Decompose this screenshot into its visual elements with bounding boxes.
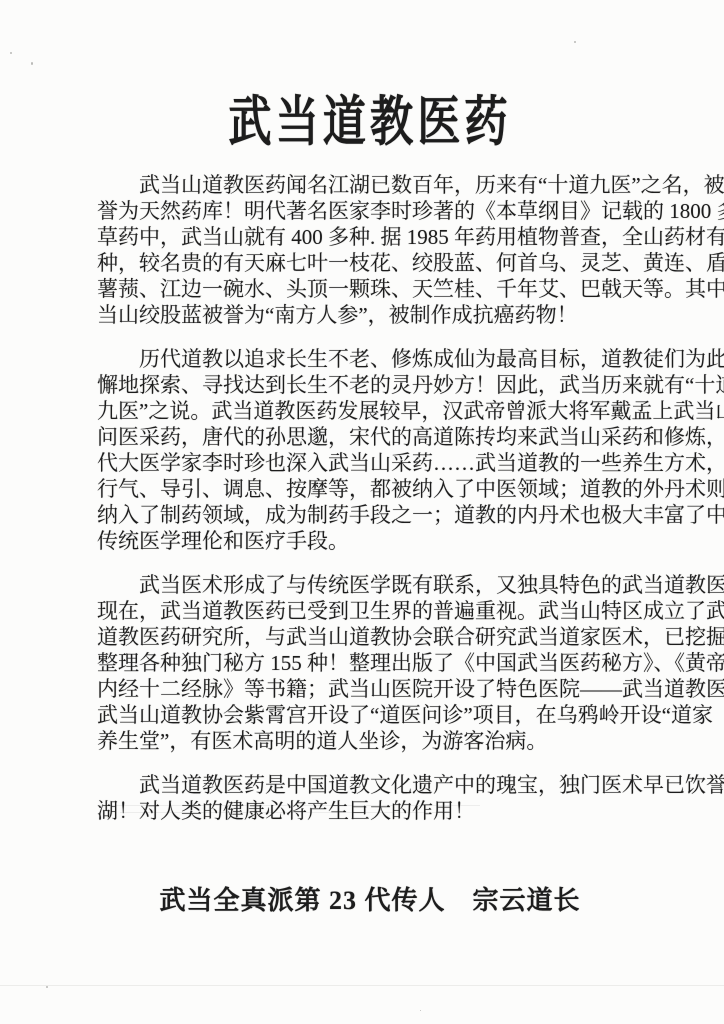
text-line: 代大医学家李时珍也深入武当山采药……武当道教的一些养生方术，如 xyxy=(97,450,643,476)
scan-speck xyxy=(46,986,48,988)
text-line: 历代道教以追求长生不老、修炼成仙为最高目标，道教徒们为此不 xyxy=(97,346,643,372)
text-line: 问医采药，唐代的孙思邈，宋代的高道陈抟均来武当山采药和修炼，明 xyxy=(97,424,643,450)
text-line: 整理各种独门秘方 155 种！整理出版了《中国武当医药秘方》、《黄帝 xyxy=(97,650,643,676)
scan-speck xyxy=(420,1010,421,1011)
text-line: 内经十二经脉》等书籍；武当山医院开设了特色医院——武当道教医院； xyxy=(97,676,643,702)
text-line: 种，较名贵的有天麻七叶一枝花、绞股蓝、何首乌、灵芝、黄连、盾叶 xyxy=(97,250,643,276)
text-line: 誉为天然药库！明代著名医家李时珍著的《本草纲目》记载的 1800 多种 xyxy=(97,198,643,224)
signature-line: 武当全真派第 23 代传人 宗云道长 xyxy=(97,880,643,917)
paragraph: 武当道教医药是中国道教文化遗产中的瑰宝，独门医术早已饮誉江湖！对人类的健康必将产… xyxy=(97,772,643,824)
scan-smudge xyxy=(120,812,450,813)
paragraph: 历代道教以追求长生不老、修炼成仙为最高目标，道教徒们为此不懈地探索、寻找达到长生… xyxy=(97,346,643,554)
text-line: 薯蓣、江边一碗水、头顶一颗珠、天竺桂、千年艾、巴戟天等。其中武 xyxy=(97,276,643,302)
text-line: 武当医术形成了与传统医学既有联系，又独具特色的武当道教医药。 xyxy=(97,572,643,598)
text-line: 武当道教医药是中国道教文化遗产中的瑰宝，独门医术早已饮誉江 xyxy=(97,772,643,798)
paragraph: 武当山道教医药闻名江湖已数百年，历来有“十道九医”之名，被誉为天然药库！明代著名… xyxy=(97,172,643,328)
text-line: 现在，武当道教医药已受到卫生界的普遍重视。武当山特区成立了武当 xyxy=(97,598,643,624)
scan-artifact-line xyxy=(0,985,724,986)
scan-speck xyxy=(698,432,699,434)
text-line: 纳入了制药领域，成为制药手段之一；道教的内丹术也极大丰富了中国 xyxy=(97,502,643,528)
text-line: 行气、导引、调息、按摩等，都被纳入了中医领域；道教的外丹术则被 xyxy=(97,476,643,502)
scan-smudge xyxy=(100,805,480,806)
document-body: 武当山道教医药闻名江湖已数百年，历来有“十道九医”之名，被誉为天然药库！明代著名… xyxy=(97,172,643,824)
scan-speck xyxy=(31,62,33,65)
scan-speck xyxy=(10,52,12,54)
text-line: 当山绞股蓝被誉为“南方人参”，被制作成抗癌药物！ xyxy=(97,302,643,328)
document-title: 武当道教医药 xyxy=(97,93,643,151)
document-content: 武当道教医药 武当山道教医药闻名江湖已数百年，历来有“十道九医”之名，被誉为天然… xyxy=(97,0,643,917)
text-line: 武当山道教医药闻名江湖已数百年，历来有“十道九医”之名，被 xyxy=(97,172,643,198)
text-line: 传统医学理伦和医疗手段。 xyxy=(97,528,643,554)
text-line: 湖！对人类的健康必将产生巨大的作用！ xyxy=(97,798,643,824)
text-line: 道教医药研究所，与武当山道教协会联合研究武当道家医术，已挖掘、 xyxy=(97,624,643,650)
document-title-text: 武当道教医药 xyxy=(228,93,511,151)
scanned-document-page: 武当道教医药 武当山道教医药闻名江湖已数百年，历来有“十道九医”之名，被誉为天然… xyxy=(0,0,724,1024)
text-line: 武当山道教协会紫霄宫开设了“道医问诊”项目，在乌鸦岭开设“道家 xyxy=(97,702,643,728)
text-line: 懈地探索、寻找达到长生不老的灵丹妙方！因此，武当历来就有“十道 xyxy=(97,372,643,398)
text-line: 九医”之说。武当道教医药发展较早，汉武帝曾派大将军戴孟上武当山 xyxy=(97,398,643,424)
scan-speck xyxy=(574,41,576,43)
paragraph: 武当医术形成了与传统医学既有联系，又独具特色的武当道教医药。现在，武当道教医药已… xyxy=(97,572,643,754)
text-line: 草药中，武当山就有 400 多种. 据 1985 年药用植物普查，全山药材有 6… xyxy=(97,224,643,250)
text-line: 养生堂”，有医术高明的道人坐诊，为游客治病。 xyxy=(97,728,643,754)
